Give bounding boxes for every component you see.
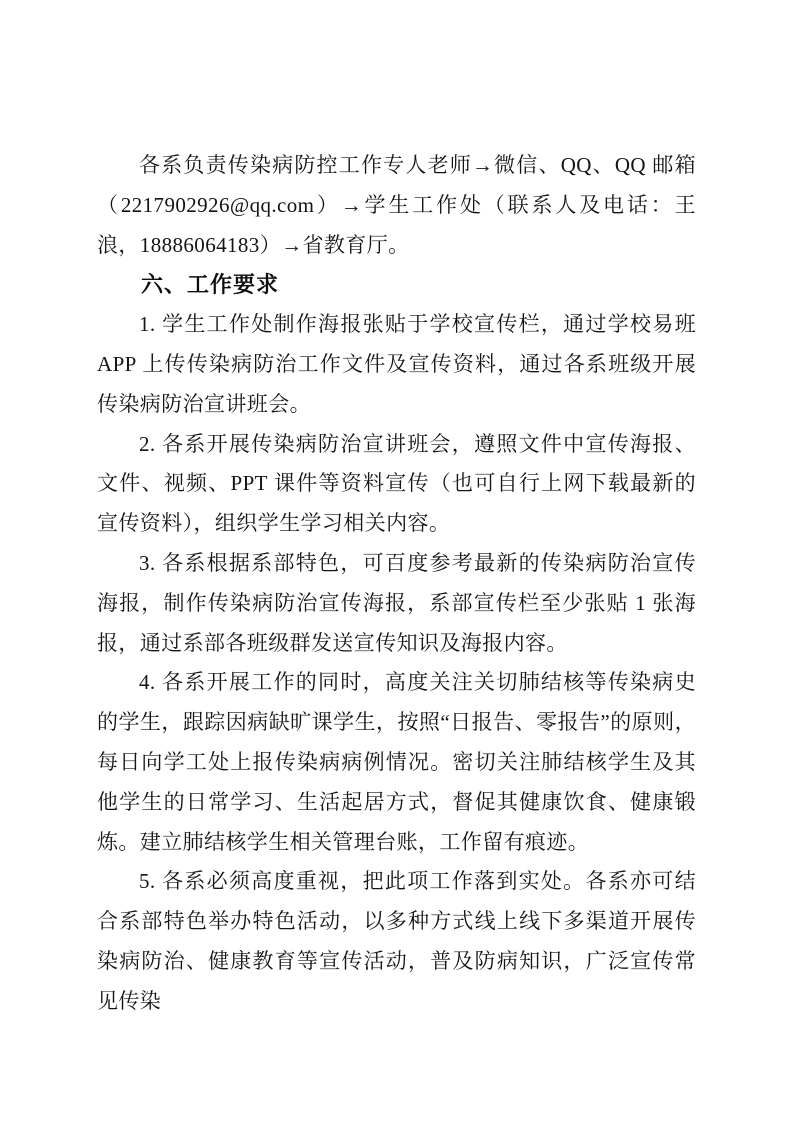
document-body: 各系负责传染病防控工作专人老师→微信、QQ、QQ 邮箱（2217902926@q…: [97, 146, 696, 1022]
document-page: 各系负责传染病防控工作专人老师→微信、QQ、QQ 邮箱（2217902926@q…: [0, 0, 793, 1122]
work-requirement-item-2: 2. 各系开展传染病防治宣讲班会，遵照文件中宣传海报、文件、视频、PPT 课件等…: [97, 425, 696, 544]
work-requirement-item-5: 5. 各系必须高度重视，把此项工作落到实处。各系亦可结合系部特色举办特色活动，以…: [97, 862, 696, 1021]
work-requirement-item-4: 4. 各系开展工作的同时，高度关注关切肺结核等传染病史的学生，跟踪因病缺旷课学生…: [97, 663, 696, 862]
section-heading: 六、工作要求: [97, 265, 696, 305]
work-requirement-item-1: 1. 学生工作处制作海报张贴于学校宣传栏，通过学校易班 APP 上传传染病防治工…: [97, 305, 696, 424]
intro-paragraph: 各系负责传染病防控工作专人老师→微信、QQ、QQ 邮箱（2217902926@q…: [97, 146, 696, 265]
work-requirement-item-3: 3. 各系根据系部特色，可百度参考最新的传染病防治宣传海报，制作传染病防治宣传海…: [97, 544, 696, 663]
